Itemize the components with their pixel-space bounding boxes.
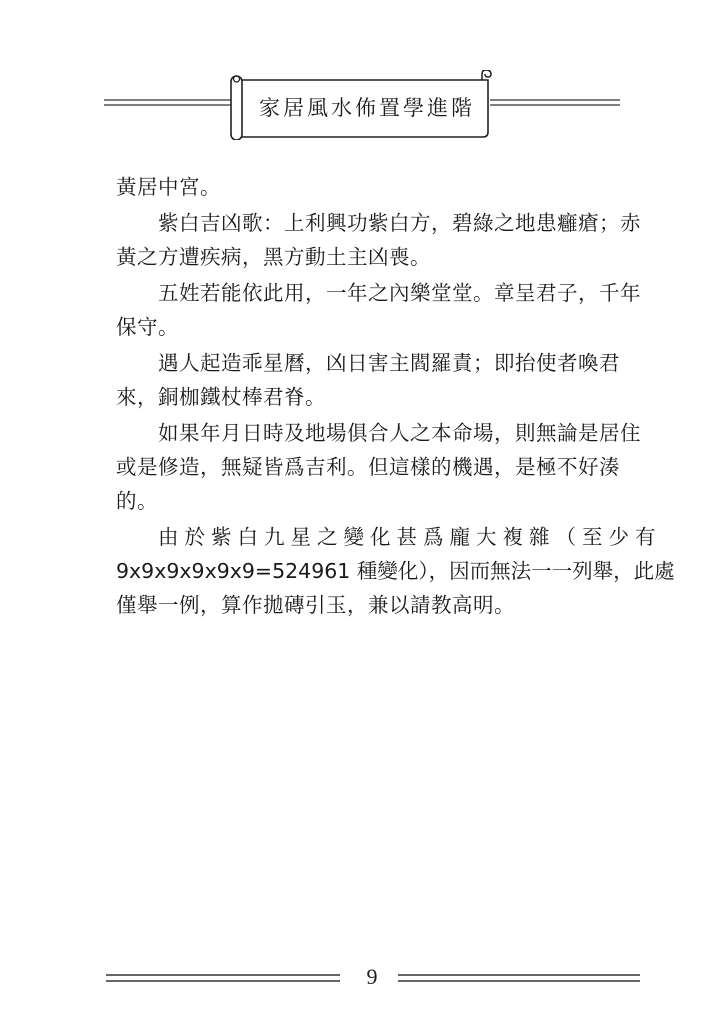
text-line: 黃之方遭疾病，黑方動土主凶喪。 — [116, 240, 620, 274]
book-title: 家居風水佈置學進階 — [252, 92, 482, 122]
paragraph: 遇人起造乖星曆，凶日害主閻羅責；即抬使者喚君 來，銅枷鐵杖棒君脊。 — [116, 346, 620, 414]
paragraph: 黃居中宮。 — [116, 170, 620, 204]
text-line: 9x9x9x9x9x9=524961 種變化），因而無法一一列舉，此處 — [116, 554, 620, 588]
text-line: 黃居中宮。 — [116, 170, 620, 204]
text-line: 遇人起造乖星曆，凶日害主閻羅責；即抬使者喚君 — [116, 346, 620, 380]
paragraph: 五姓若能依此用，一年之內樂堂堂。章呈君子，千年 保守。 — [116, 276, 620, 344]
running-header: 家居風水佈置學進階 — [104, 70, 620, 140]
text-line: 或是修造，無疑皆爲吉利。但這樣的機遇，是極不好湊 — [116, 450, 620, 484]
text-line: 如果年月日時及地場俱合人之本命場，則無論是居住 — [116, 416, 620, 450]
text-line: 紫白吉凶歌：上利興功紫白方，碧綠之地患癰瘡；赤 — [116, 206, 620, 240]
text-line: 由於紫白九星之變化甚爲龐大複雜（至少有 — [116, 520, 620, 554]
page-number: 9 — [354, 964, 390, 990]
paragraph: 如果年月日時及地場俱合人之本命場，則無論是居住 或是修造，無疑皆爲吉利。但這樣的… — [116, 416, 620, 518]
paragraph: 紫白吉凶歌：上利興功紫白方，碧綠之地患癰瘡；赤 黃之方遭疾病，黑方動土主凶喪。 — [116, 206, 620, 274]
page-body: 黃居中宮。 紫白吉凶歌：上利興功紫白方，碧綠之地患癰瘡；赤 黃之方遭疾病，黑方動… — [116, 170, 620, 624]
text-line: 來，銅枷鐵杖棒君脊。 — [116, 380, 620, 414]
text-line: 的。 — [116, 484, 620, 518]
page-footer: 9 — [104, 960, 640, 1000]
paragraph: 由於紫白九星之變化甚爲龐大複雜（至少有 9x9x9x9x9x9=524961 種… — [116, 520, 620, 622]
text-line: 保守。 — [116, 310, 620, 344]
text-line: 僅舉一例，算作拋磚引玉，兼以請教高明。 — [116, 588, 620, 622]
text-line: 五姓若能依此用，一年之內樂堂堂。章呈君子，千年 — [116, 276, 620, 310]
